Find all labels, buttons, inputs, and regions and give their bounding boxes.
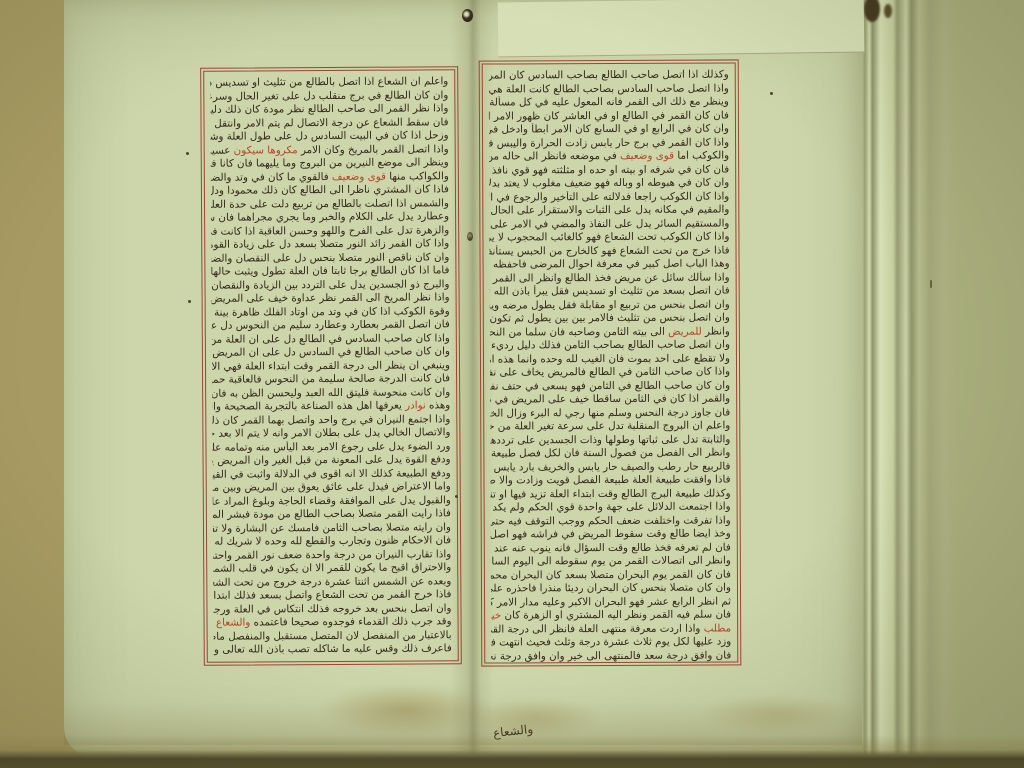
ink-speck [188, 300, 191, 303]
fore-edge-page-stack [852, 0, 960, 768]
text-line: واذا اتصل صاحب السادس بصاحب الطالع كانت … [489, 82, 729, 97]
text-line: فان سقط الشعاع عن درجة الاتصال لم يتم ال… [210, 116, 448, 131]
text-line: فان كان القمر في الطالع او في العاشر كان… [489, 109, 729, 124]
text-line: وان اتصل بنحس بعد خروجه فذلك انتكاس في ا… [213, 602, 451, 617]
text-line: وان اتصل بنحس من تثليث فالامر بين بين يط… [490, 311, 730, 326]
text-line: واعلم ان الشعاع اذا اتصل بالطالع من تثلي… [210, 75, 448, 90]
rubric-word: مطلب [704, 622, 732, 634]
left-page-text-frame: واعلم ان الشعاع اذا اتصل بالطالع من تثلي… [203, 69, 459, 663]
text-line: واذا كان صاحب السادس في الطالع دل على ان… [212, 332, 450, 347]
text-line: وينظر مع ذلك الى القمر فانه المعول عليه … [489, 95, 729, 110]
ink-speck [770, 92, 773, 95]
text-line: فان وافق درجة سعد فالمنتهى الى خير وان و… [491, 649, 731, 664]
text-line: واذا تفرقت واختلفت ضعف الحكم ووجب التوقف… [491, 514, 731, 529]
text-line: واذا نظر القمر الى صاحب الطالع نظر مودة … [210, 102, 448, 117]
text-line: ولا تقطع على احد بموت فان الغيب لله وحده… [490, 352, 730, 367]
text-line: وانظر الى اتصالات القمر من يوم سقوطه الى… [491, 554, 731, 569]
text-line: ورد الضوء يدل على رجوع الامر بعد اليأس م… [212, 440, 450, 455]
text-line: وخذ ايضا طالع وقت سقوط المريض في فراشه ف… [491, 527, 731, 542]
text-line: فاذا رايت القمر متصلا بصاحب الطالع من مو… [213, 507, 451, 522]
text-line: ثم انظر الرابع عشر فهو البحران الاكبر وع… [491, 595, 731, 610]
text-line: فان لم تعرفه فخذ طالع وقت السؤال فانه ين… [491, 541, 731, 556]
rubric-word: للمريض [668, 325, 702, 337]
text-line: وزد عليها لكل يوم ثلاث عشرة درجة وثلث فح… [491, 635, 731, 650]
manuscript-photo: واعلم ان الشعاع اذا اتصل بالطالع من تثلي… [0, 0, 1024, 768]
text-line: فاعرف ذلك وقس عليه ما شاكله تصب باذن الل… [214, 642, 452, 657]
ink-speck [930, 280, 932, 288]
text-line: وان كان صاحب الطالع في السادس دل على ان … [212, 345, 450, 360]
text-line: واعلم ان البروج المنقلبة تدل على سرعة تغ… [490, 419, 730, 434]
text-line: وان اتصل صاحب الطالع بصاحب الثامن فذلك د… [490, 338, 730, 353]
edge-stain [884, 4, 892, 18]
left-page-text: واعلم ان الشعاع اذا اتصل بالطالع من تثلي… [210, 75, 452, 657]
text-line: وان كان في هبوطه او وباله فهو ضعيف مغلوب… [489, 176, 729, 191]
rubric-word: والشعاع المتصل [214, 616, 251, 628]
text-line: وبعده عن الشمس اثنتا عشرة درجة خروج من ت… [213, 575, 451, 590]
text-line: والثابتة تدل على ثباتها وطولها وذات الجس… [490, 433, 730, 448]
text-line: واذا اجتمع النيران في برج واحد واتصل بهم… [212, 413, 450, 428]
binding-stitch [467, 232, 473, 241]
rubric-word: خيرا وصلاحا [491, 609, 501, 621]
text-line: فان الاحكام ظنون وتجارب والقطع لله وحده … [213, 534, 451, 549]
text-line: وانظر الى الفصل من فصول السنة فان لكل فص… [490, 446, 730, 461]
text-line: واذا نظر المريخ الى القمر نظر عداوة خيف … [212, 291, 450, 306]
text-line: وينظر الى موضع النيرين من البروج وما يلي… [211, 156, 449, 171]
text-line: وزحل اذا كان في البيت السادس دل على طول … [211, 129, 449, 144]
text-line: وان كان متصلا بنحس كان البحران رديئا منذ… [491, 581, 731, 596]
table-shadow-band [0, 735, 1024, 768]
text-line: فان جاوز درجة النحس وسلم منها رجي له الب… [490, 406, 730, 421]
text-line: فاما اذا كان الطالع برجا ثابتا فان العلة… [211, 264, 449, 279]
text-line: والكواكب منها قوى وضعيف فالقوي ما كان في… [211, 170, 449, 185]
text-line: وان كان صاحب الطالع في الثامن فهو يسعى ف… [490, 379, 730, 394]
text-line: وان رايته متصلا بصاحب الثامن فامسك عن ال… [213, 521, 451, 536]
text-line: واذا سألك سائل عن مريض فخذ الطالع وانظر … [490, 271, 730, 286]
text-line: واذا كان الكوكب تحت الشعاع فهو كالغائب ا… [489, 230, 729, 245]
text-line: والقبول يدل على الموافقة وقضاء الحاجة وب… [213, 494, 451, 509]
text-line: واذا اجتمعت الدلائل على جهة واحدة قوي ال… [491, 500, 731, 515]
text-line: وان اتصل بنحس من تربيع او مقابلة فقل يطو… [490, 298, 730, 313]
text-line: وعطارد يدل على الكلام والخبر وما يجري مج… [211, 210, 449, 225]
text-line: فاذا وافقت طبيعة العلة طبيعة الفصل قويت … [490, 473, 730, 488]
text-line: واذا اتصل القمر بالمريخ وكان الامر مكروه… [211, 143, 449, 158]
text-line: فان اتصل بسعد من تثليث او تسديس فقل يبرأ… [490, 284, 730, 299]
text-line: واما الاعتراض فيدل على عائق يعوق بين الم… [213, 480, 451, 495]
text-line: وينبغي ان ينظر الى درجة القمر وقت ابتداء… [212, 359, 450, 374]
text-line: والمقيم في مكانه يدل على الثبات والاستقر… [489, 203, 729, 218]
text-line: والاتصال الخالي يدل على بطلان الامر وانه… [212, 426, 450, 441]
text-line: وقد جرب ذلك القدماء فوجدوه صحيحا فاعتمده… [214, 615, 452, 630]
text-line: فاذا كان المشتري ناظرا الى الطالع كان ذل… [211, 183, 449, 198]
text-line: وقوة الكوكب اذا كان في وتد من اوتاد الفل… [212, 305, 450, 320]
right-page-text: وكذلك اذا اتصل صاحب الطالع بصاحب السادس … [489, 68, 732, 663]
text-line: والشمس اذا اتصلت بالطالع من تربيع دلت عل… [211, 197, 449, 212]
text-line: ودفع القوة يدل على المعونة من قبل الغير … [213, 453, 451, 468]
ink-speck [455, 495, 458, 498]
text-line: والقمر اذا كان في الثامن ساقطا خيف على ا… [490, 392, 730, 407]
ink-speck [186, 152, 189, 155]
text-line: وهذه نوادر يعرفها اهل هذه الصناعة بالتجر… [212, 399, 450, 414]
rubric-word: مكروها سيكون [234, 144, 298, 156]
text-line: والبرج ذو الجسدين يدل على التردد بين الز… [211, 278, 449, 293]
text-line: وان كان ناقص النور متصلا بنحس دل على الن… [211, 251, 449, 266]
underlying-page-edge [498, 0, 865, 58]
text-line: وكذلك طبيعة البرج الطالع وقت ابتداء العل… [491, 487, 731, 502]
text-line: ودفع الطبيعة كذلك الا انه اقوى في الدلال… [213, 467, 451, 482]
text-line: واذا تقارب النيران من درجة واحدة ضعف نور… [213, 548, 451, 563]
text-line: بالاعتبار من المنفصل لان المتصل مستقبل و… [214, 629, 452, 644]
text-line: وان كان الطالع في برج منقلب دل على تغير … [210, 89, 448, 104]
text-line: وان كانت منحوسة فليتق الله العبد وليحسن … [212, 386, 450, 401]
text-line: فاذا خرج القمر من تحت الشعاع واتصل بسعد … [213, 588, 451, 603]
text-line: والاحتراق اقبح ما يكون للقمر الا ان يكون… [213, 561, 451, 576]
text-line: مطلب واذا اردت معرفة منتهى العلة فانظر ا… [491, 622, 731, 637]
text-line: واذا كان الكوكب راجعا فدلالته على التأخي… [489, 190, 729, 205]
text-line: فان كانت الدرجة صالحة سليمة من النحوس فا… [212, 372, 450, 387]
binding-stitch [462, 9, 473, 22]
text-line: واذا كان صاحب الثامن في الطالع فالمريض ي… [490, 365, 730, 380]
text-line: وان كان في الرابع او في السابع كان الامر… [489, 122, 729, 137]
text-line: فان كان في شرفه او بيته او حده او مثلثته… [489, 163, 729, 178]
text-line: فاذا خرج من تحت الشعاع فهو كالخارج من ال… [489, 244, 729, 259]
text-line: وكذلك اذا اتصل صاحب الطالع بصاحب السادس … [489, 68, 729, 83]
text-line: والزهرة تدل على الفرح واللهو وحسن العاقب… [211, 224, 449, 239]
text-line: واذا كان القمر زائد النور متصلا بسعد دل … [211, 237, 449, 252]
right-page-text-frame: وكذلك اذا اتصل صاحب الطالع بصاحب السادس … [482, 62, 739, 663]
text-line: فالربيع حار رطب والصيف حار يابس والخريف … [490, 460, 730, 475]
text-line: والكوكب اما قوى وضعيف في موضعه فانظر الى… [489, 149, 729, 164]
text-line: وانظر للمريض الى بيته الثامن وصاحبه فان … [490, 325, 730, 340]
rubric-word: قوى وضعيف [620, 150, 674, 162]
text-line: فان سلم فيه القمر ونظر اليه المشتري او ا… [491, 608, 731, 623]
text-line: والمستقيم السائر يدل على النفاذ والمضي ف… [489, 217, 729, 232]
text-line: واذا كان القمر في برج حار يابس زادت الحر… [489, 136, 729, 151]
text-line: فان اتصل القمر بعطارد وعطارد سليم من الن… [212, 318, 450, 333]
text-line: فان كان القمر يوم البحران متصلا بسعد كان… [491, 568, 731, 583]
rubric-word: قوى وضعيف [332, 170, 386, 182]
text-line: وهذا الباب اصل كبير في معرفة احوال المرض… [490, 257, 730, 272]
rubric-word: نوادر [405, 399, 426, 411]
